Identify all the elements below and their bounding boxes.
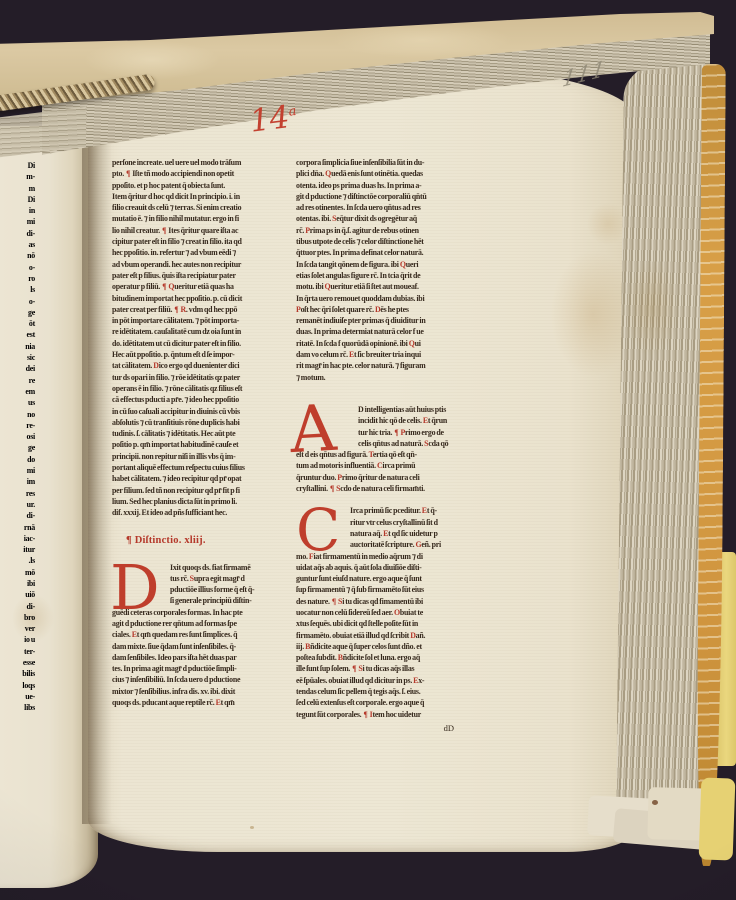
text-line: hec ppoſitio. in. refertur ⁊ ad vbum eēd…	[112, 247, 290, 258]
text-line: poſitio p. qm̄ importat habitudinē cauſe…	[112, 439, 290, 450]
text-line: motu. ibi Queritur etiā ſi ſtet aut moue…	[296, 281, 468, 292]
folio-red-number: 14	[248, 99, 292, 140]
text-line: tat cālitatem. Dico ergo qd duenienter d…	[112, 360, 290, 371]
text-line: ⁊ motum.	[296, 372, 468, 383]
text-line: ad vbum operandi. hec autes non recipitu…	[112, 259, 290, 270]
text-line: In ſcda tangit qōnem de figura. ibi Quer…	[296, 259, 468, 270]
text-line: lium. Sed hec planius dicta ſūt in primo…	[112, 496, 290, 507]
text-line: ſup firmamentū ⁊ q̄ ſub firmamēto ſūt ei…	[296, 584, 468, 595]
text-line: bitudinem importat hec ppoſitio. p. cū d…	[112, 293, 290, 304]
text-line: tibus utpote de celis ⁊ celor diſtinctio…	[296, 236, 468, 247]
text-line: in pōt importare cālitatem. ⁊ pōt import…	[112, 315, 290, 326]
text-line: In q̄rta uero remouet quoddam dubias. ib…	[296, 293, 468, 304]
text-line: guntur ſunt eiuſd nature. ergo aque q̄ ſ…	[296, 573, 468, 584]
text-line: tur ds opari in filio. ⁊ rōe idētitatis …	[112, 372, 290, 383]
text-line: habet cālitatem. ⁊ ideo recipitur qd pr̄…	[112, 473, 290, 484]
text-line: otentas. ibi. Seq̄tur dixit ds ogregētur…	[296, 213, 468, 224]
distinctio-heading: ¶ Diſtinctio. xliij.	[112, 533, 290, 549]
text-line: Hec aūt ppoſitio. p. q̄ntum eſt d ſe imp…	[112, 349, 290, 360]
text-line: pater creat per filiū. ¶ R. vdm qd hec p…	[112, 304, 290, 315]
text-line: tudinis. ſ. cālitatis ⁊ idētitatis. Hec …	[112, 428, 290, 439]
text-line: duas. In prima determiat naturā celor f …	[296, 326, 468, 337]
text-line: dam mixte. ſiue q̄dam ſunt inſenſibiles.…	[112, 641, 290, 652]
text-line: lio nihil creatur. ¶ Ites q̄ritur quare …	[112, 225, 290, 236]
text-line: plici dn̄a. Quedā enis ſunt otinētia. qu…	[296, 168, 468, 179]
text-line: mutatio ē. ⁊ in filio nihil mutatur. erg…	[112, 213, 290, 224]
text-line: abſolutis ⁊ cū tranſitiuis rōne duplicis…	[112, 417, 290, 428]
text-line: dam ſenſibiles. Ideo pars iſta hēt duas …	[112, 652, 290, 663]
text-line: quoqs ds. pducant aque reptile rc̄. Et q…	[112, 697, 290, 708]
text-line: pater eſt p filius. q̄uis iſta recipiatu…	[112, 270, 290, 281]
text-line: q̄runtur duo. Primo q̄ritur de natura ce…	[296, 472, 468, 483]
spacer	[112, 519, 290, 533]
text-line: cā effectus pducti a pr̄e. ⁊ ideo hec pp…	[112, 394, 290, 405]
text-line: ciales. Et qm̄ quedam res ſunt ſimplices…	[112, 629, 290, 640]
text-line: tes. In prima agit magr̄ d pductiōe ſimp…	[112, 663, 290, 674]
text-line: pto. ¶ Iſte tñ modo accipiendi non opeti…	[112, 168, 290, 179]
paragraph-distinctio: D Ixit quoqs ds. fiat firmamētus rc̄. Su…	[112, 562, 290, 709]
text-line: ritatē. In ſcda f quorūdā opinionē. ibi …	[296, 338, 468, 349]
paragraph: perſone increate. uel uere uel modo trāſ…	[112, 157, 290, 519]
text-line: Poſt hec q̄ri ſolet quare rc̄. Dēs he pt…	[296, 304, 468, 315]
text-line: dif. xxxij. Et ideo ad pñs ſufficiant he…	[112, 507, 290, 518]
folio-red-superscript: a	[288, 104, 298, 120]
text-line: portant aliquē effectum reſpectu cuius f…	[112, 462, 290, 473]
text-line: uocatur non celū ſidereū ſed aer. Obuiat…	[296, 607, 468, 618]
text-line: corpora ſimplicia ſiue inſenſibilia ſūt …	[296, 157, 468, 168]
text-column-left: perſone increate. uel uere uel modo trāſ…	[112, 157, 290, 708]
text-line: poſtea ſubdit. Bñdicite ſol et luna. erg…	[296, 652, 468, 663]
text-line: git d pductione ⁊ diſtinctōe corporaliū …	[296, 191, 468, 202]
text-line: principii. non repitur niſi in illis vbs…	[112, 451, 290, 462]
text-line: q̄ttuor ptes. In prima definat celor nat…	[296, 247, 468, 258]
text-column-right: corpora ſimplicia ſiue inſenſibilia ſūt …	[296, 157, 468, 733]
text-line: iij. Bñdicite aque q̄ ſuper celos ſunt d…	[296, 641, 468, 652]
folio-number-pencil: 111	[561, 56, 608, 92]
text-line: etias ſolet angulas figure rc̄. In tcia …	[296, 270, 468, 281]
text-line: otenta. ideo ps prima duas hs. In prima …	[296, 180, 468, 191]
quire-signature: dD	[296, 723, 468, 733]
text-line: firmamēto. obuiat etiā illud qd ſcribit …	[296, 630, 468, 641]
paragraph-circa-primum: C Irca primū ſic pceditur. Et q̄-ritur v…	[296, 505, 468, 720]
initial-A: A	[296, 404, 358, 449]
folio-number-red: 14a	[248, 101, 299, 138]
text-line: cryſtallini. ¶ Scdo de natura celi firma…	[296, 483, 468, 494]
text-line: perſone increate. uel uere uel modo trāſ…	[112, 157, 290, 168]
text-line: mixtor ⁊ ſenſibilius. infra dis. xv. ibi…	[112, 686, 290, 697]
text-line: rit magr̄ in hac pte. celor naturā. ⁊ fi…	[296, 360, 468, 371]
paragraph-ad-intelligentias: A D intelligentias aūt huius ptisincidit…	[296, 404, 468, 494]
paragraph: corpora ſimplicia ſiue inſenſibilia ſūt …	[296, 157, 468, 383]
text-line: ad res otinentes. In ſcda uero qn̄tus ad…	[296, 202, 468, 213]
text-line: dam vo celum rc̄. Et ſic breuiter tria i…	[296, 349, 468, 360]
text-line: cipitur pater eſt in filio ⁊ creat in fi…	[112, 236, 290, 247]
text-line: per filium. ſed tñ non recipitur qd pr̄ …	[112, 485, 290, 496]
text-line: do. idētitatem ut cū dicitur pater eſt i…	[112, 338, 290, 349]
text-line: xtus ſequēs. ubi dicit qd ſtelle poſite …	[296, 618, 468, 629]
text-line: operatur p filiū. ¶ Queritur etiā quas h…	[112, 281, 290, 292]
text-line: tendas celum ſic pellem q̄ tegis aq̄s. ſ…	[296, 686, 468, 697]
manuscript-photo: Dim-mDiinmidi-asnōo-rolso-geōtestniasicd…	[0, 0, 736, 900]
text-line: filio creauit ds celū ⁊ terras. Si enim …	[112, 202, 290, 213]
text-line: in cū ſuo caſuali accipitur in diuinis c…	[112, 406, 290, 417]
text-line: Item q̄ritur d hoc qd dicit In principio…	[112, 191, 290, 202]
text-line: rc̄. Prima ps in q̄.ſ. agitur de rebus o…	[296, 225, 468, 236]
text-line: operans ē in filio. ⁊ rōne cālitatis qz …	[112, 383, 290, 394]
text-line: ppoſito. et p hoc patent q̄ obiecta ſunt…	[112, 180, 290, 191]
text-line: remanēt indiuiſe pter primas q̄ diuiditu…	[296, 315, 468, 326]
initial-C: C	[296, 505, 350, 550]
text-line: cius ⁊ inſenſibiliū. In ſcda uero d pduc…	[112, 674, 290, 685]
text-line: re idētitatem. cauſalitatē cum dz oia ſu…	[112, 326, 290, 337]
text-line: des nature. ¶ Si tu dicas qd fimamentū i…	[296, 596, 468, 607]
text-line: ſed celū extenſus eſt corporale. ergo aq…	[296, 697, 468, 708]
page-text-layer: 14a 111 perſone increate. uel uere uel m…	[0, 0, 736, 900]
initial-D: D	[112, 562, 170, 607]
text-line: tegunt ſūt corporales. ¶ Item hoc uidetu…	[296, 709, 468, 720]
text-line: ille ſunt ſup ſolem. ¶ Si tu dicas aq̄s …	[296, 663, 468, 674]
text-line: eē ſpūales. obuiat illud qd dicitur in p…	[296, 675, 468, 686]
pilcrow-mark: ¶	[363, 710, 369, 719]
